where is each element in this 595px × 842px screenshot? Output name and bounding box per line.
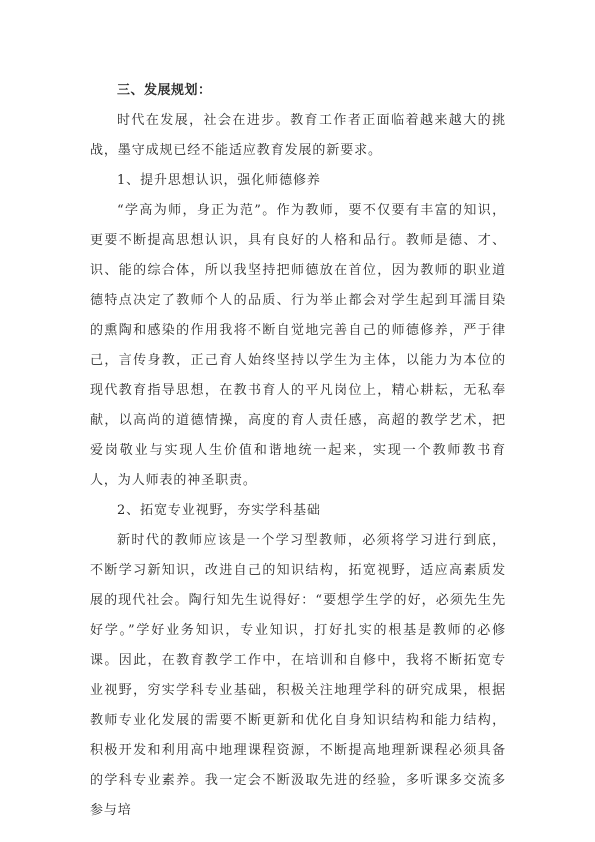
intro-paragraph: 时代在发展，社会在进步。教育工作者正面临着越来越大的挑战，墨守成规已经不能适应教… [90,106,506,166]
section-heading: 三、发展规划： [90,76,506,106]
subsection-2-paragraph: 新时代的教师应该是一个学习型教师，必须将学习进行到底，不断学习新知识，改进自己的… [90,526,506,826]
subsection-1-paragraph: “学高为师，身正为范”。作为教师，要不仅要有丰富的知识，更要不断提高思想认识，具… [90,196,506,496]
subsection-1-title: 1、提升思想认识，强化师德修养 [90,166,506,196]
document-page: 三、发展规划： 时代在发展，社会在进步。教育工作者正面临着越来越大的挑战，墨守成… [90,76,506,826]
subsection-2-title: 2、拓宽专业视野，夯实学科基础 [90,496,506,526]
